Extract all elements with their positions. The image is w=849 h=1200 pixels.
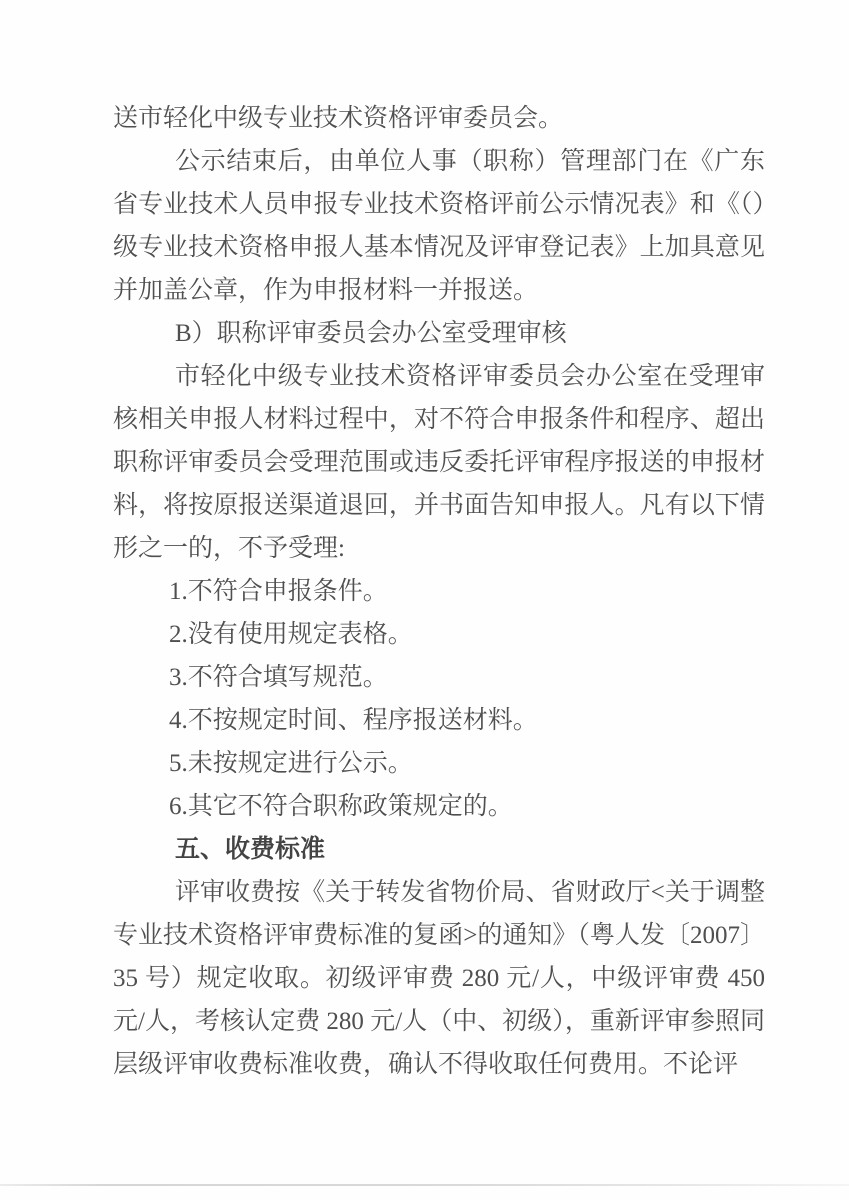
list-item-1: 1.不符合申报条件。 — [113, 570, 765, 613]
list-item-2: 2.没有使用规定表格。 — [113, 613, 765, 656]
list-item-3: 3.不符合填写规范。 — [113, 656, 765, 699]
para-section-b-heading: B）职称评审委员会办公室受理审核 — [113, 312, 765, 355]
para-acceptance-review: 市轻化中级专业技术资格评审委员会办公室在受理审核相关申报人材料过程中，对不符合申… — [113, 355, 765, 570]
para-continuation-submit-committee: 送市轻化中级专业技术资格评审委员会。 — [113, 97, 765, 140]
list-item-6: 6.其它不符合职称政策规定的。 — [113, 785, 765, 828]
para-fee-standards: 评审收费按《关于转发省物价局、省财政厅<关于调整专业技术资格评审费标准的复函>的… — [113, 871, 765, 1086]
para-public-notice-procedure: 公示结束后，由单位人事（职称）管理部门在《广东省专业技术人员申报专业技术资格评前… — [113, 140, 765, 312]
scan-edge-line — [0, 1184, 849, 1186]
document-page: 送市轻化中级专业技术资格评审委员会。公示结束后，由单位人事（职称）管理部门在《广… — [0, 0, 849, 1200]
list-item-4: 4.不按规定时间、程序报送材料。 — [113, 699, 765, 742]
section-heading-fees: 五、收费标准 — [113, 828, 765, 871]
list-item-5: 5.未按规定进行公示。 — [113, 742, 765, 785]
document-text-block: 送市轻化中级专业技术资格评审委员会。公示结束后，由单位人事（职称）管理部门在《广… — [113, 97, 765, 1086]
